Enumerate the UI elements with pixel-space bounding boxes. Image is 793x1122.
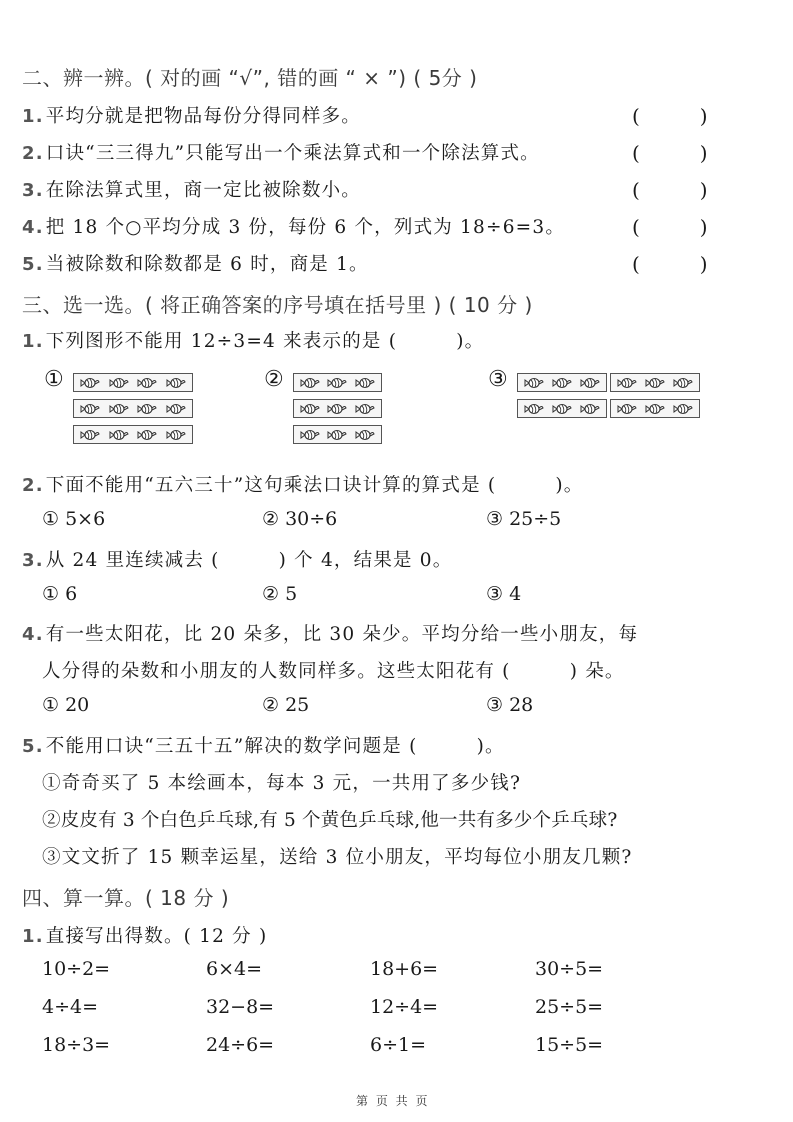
candy-group-box [293,399,382,418]
candy-icon [166,377,186,389]
question-number: 1. [22,331,44,352]
calc-item[interactable]: 24÷6= [206,1034,274,1056]
judge-item-2: 2.口诀“三三得九”只能写出一个乘法算式和一个除法算式。 [22,139,540,165]
calc-item[interactable]: 6÷1= [370,1034,426,1056]
calc-item[interactable]: 18÷3= [42,1034,110,1056]
candy-icon [300,429,320,441]
candy-icon [355,377,375,389]
question-text: 下面不能用“五六三十”这句乘法口诀计算的算式是 ( )。 [46,475,584,496]
candy-icon [327,377,347,389]
choice-option[interactable]: ① 5×6 [42,508,105,530]
question-text: 当被除数和除数都是 6 时，商是 1。 [46,254,369,275]
question-number: 5. [22,254,44,275]
judge-item-3: 3.在除法算式里，商一定比被除数小。 [22,176,361,202]
candy-icon [552,377,572,389]
candy-icon [137,429,157,441]
answer-blank[interactable]: ( ) [632,248,708,277]
candy-icon [673,377,693,389]
judge-item-4: 4.把 18 个○平均分成 3 份，每份 6 个，列式为 18÷6=3。 [22,213,565,239]
choice-option[interactable]: ②皮皮有 3 个白色乒乓球,有 5 个黄色乒乓球,他一共有多少个乒乓球? [42,806,617,832]
question-number: 1. [22,926,44,947]
candy-icon [109,403,129,415]
question-number: 4. [22,217,44,238]
candy-icon [673,403,693,415]
candy-icon [327,403,347,415]
candy-group-box [610,399,700,418]
calc-item[interactable]: 18+6= [370,958,438,980]
candy-icon [80,429,100,441]
calc-item[interactable]: 6×4= [206,958,262,980]
candy-group-box [293,373,382,392]
candy-icon [80,403,100,415]
question-number: 3. [22,180,44,201]
candy-group-box [73,373,193,392]
candy-group-box [73,425,193,444]
choice-option[interactable]: ① 20 [42,694,89,716]
question-number: 5. [22,736,44,757]
answer-blank[interactable]: ( ) [632,137,708,166]
candy-group-box [610,373,700,392]
section-3-title: 三、选一选。( 将正确答案的序号填在括号里 ) ( 10 分 ) [22,289,533,318]
question-text: 口诀“三三得九”只能写出一个乘法算式和一个除法算式。 [46,143,540,164]
choice-option[interactable]: ①奇奇买了 5 本绘画本，每本 3 元，一共用了多少钱? [42,769,521,795]
question-text: 把 18 个○平均分成 3 份，每份 6 个，列式为 18÷6=3。 [46,217,565,238]
choice-option[interactable]: ① 6 [42,583,77,605]
question-text: 在除法算式里，商一定比被除数小。 [46,180,361,201]
option-1-label: ① [44,367,64,392]
candy-group-box [73,399,193,418]
calc-question-1: 1.直接写出得数。( 12 分 ) [22,922,267,948]
candy-icon [524,377,544,389]
candy-icon [137,377,157,389]
candy-icon [645,377,665,389]
option-2-label: ② [264,367,284,392]
option-3-label: ③ [488,367,508,392]
question-text-line-2: 人分得的朵数和小朋友的人数同样多。这些太阳花有 ( ) 朵。 [42,657,625,683]
candy-icon [300,377,320,389]
section-2-title: 二、辨一辨。( 对的画 “√”, 错的画 “ × ”) ( 5分 ) [22,62,477,91]
question-number: 4. [22,624,44,645]
calc-item[interactable]: 10÷2= [42,958,110,980]
choice-question-3: 3.从 24 里连续减去 ( ) 个 4，结果是 0。 [22,546,452,572]
candy-icon [109,429,129,441]
calc-item[interactable]: 15÷5= [535,1034,603,1056]
candy-icon [552,403,572,415]
candy-icon [166,429,186,441]
question-text: 平均分就是把物品每份分得同样多。 [46,106,361,127]
answer-blank[interactable]: ( ) [632,211,708,240]
question-text: 从 24 里连续减去 ( ) 个 4，结果是 0。 [46,550,453,571]
answer-blank[interactable]: ( ) [632,174,708,203]
candy-icon [355,429,375,441]
calc-item[interactable]: 30÷5= [535,958,603,980]
choice-option[interactable]: ② 30÷6 [262,508,337,530]
answer-blank[interactable]: ( ) [632,100,708,129]
choice-option[interactable]: ② 5 [262,583,297,605]
candy-icon [580,403,600,415]
page-footer: 第 页 共 页 [356,1092,429,1109]
choice-option[interactable]: ③ 4 [486,583,521,605]
choice-question-4: 4.有一些太阳花，比 20 朵多，比 30 朵少。平均分给一些小朋友，每 [22,620,638,646]
candy-icon [617,377,637,389]
question-number: 3. [22,550,44,571]
choice-option[interactable]: ③文文折了 15 颗幸运星，送给 3 位小朋友，平均每位小朋友几颗? [42,843,633,869]
question-number: 1. [22,106,44,127]
question-number: 2. [22,475,44,496]
question-text: 下列图形不能用 12÷3=4 来表示的是 ( )。 [46,331,485,352]
candy-icon [580,377,600,389]
candy-icon [109,377,129,389]
candy-icon [327,429,347,441]
section-4-title: 四、算一算。( 18 分 ) [22,882,229,911]
candy-icon [137,403,157,415]
candy-group-box [517,399,607,418]
candy-group-box [293,425,382,444]
question-text: 不能用口诀“三五十五”解决的数学问题是 ( )。 [46,736,505,757]
candy-group-box [517,373,607,392]
choice-question-2: 2.下面不能用“五六三十”这句乘法口诀计算的算式是 ( )。 [22,471,584,497]
judge-item-5: 5.当被除数和除数都是 6 时，商是 1。 [22,250,369,276]
candy-icon [645,403,665,415]
candy-icon [80,377,100,389]
choice-option[interactable]: ③ 25÷5 [486,508,561,530]
question-text: 直接写出得数。( 12 分 ) [46,926,268,947]
candy-icon [617,403,637,415]
candy-icon [355,403,375,415]
choice-question-1: 1.下列图形不能用 12÷3=4 来表示的是 ( )。 [22,327,484,353]
choice-option[interactable]: ② 25 [262,694,309,716]
calc-item[interactable]: 4÷4= [42,996,98,1018]
calc-item[interactable]: 12÷4= [370,996,438,1018]
choice-option[interactable]: ③ 28 [486,694,533,716]
question-text: 有一些太阳花，比 20 朵多，比 30 朵少。平均分给一些小朋友，每 [46,624,638,645]
calc-item[interactable]: 32−8= [206,996,274,1018]
choice-question-5: 5.不能用口诀“三五十五”解决的数学问题是 ( )。 [22,732,505,758]
candy-icon [166,403,186,415]
judge-item-1: 1.平均分就是把物品每份分得同样多。 [22,102,361,128]
question-number: 2. [22,143,44,164]
candy-icon [524,403,544,415]
calc-item[interactable]: 25÷5= [535,996,603,1018]
candy-icon [300,403,320,415]
